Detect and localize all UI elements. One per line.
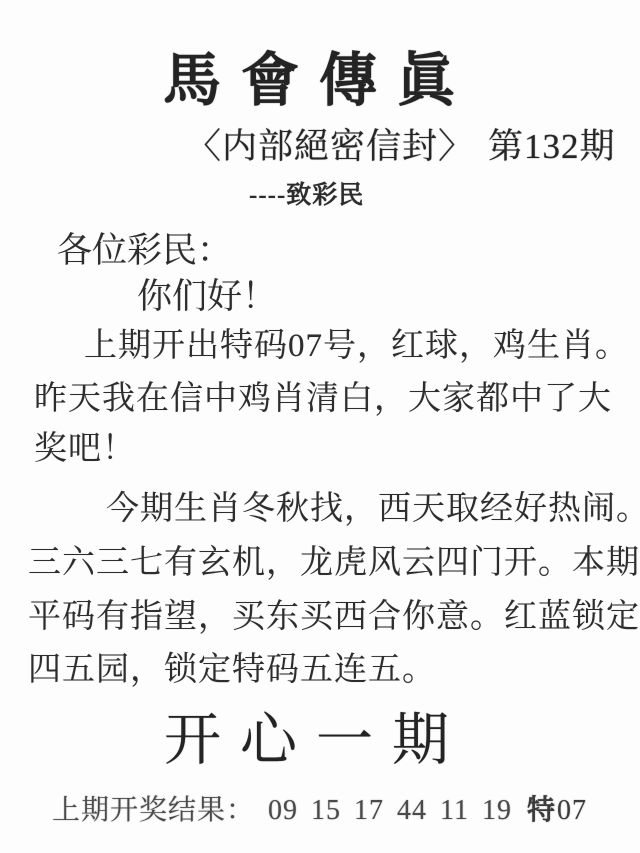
result-number-2: 15 bbox=[311, 795, 341, 826]
paragraph2-line-1: 今期生肖冬秋找，西天取经好热闹。 bbox=[106, 493, 640, 526]
result-number-1: 09 bbox=[268, 795, 298, 826]
paragraph1-line-3: 奖吧！ bbox=[34, 433, 136, 466]
results-label: 上期开奖结果： bbox=[52, 795, 255, 826]
fax-title: 馬會傳眞 bbox=[163, 52, 475, 110]
special-number: 07 bbox=[557, 795, 587, 826]
closing-slogan: 开心一期 bbox=[164, 712, 468, 769]
dedication-line: ----致彩民 bbox=[249, 183, 364, 208]
paragraph2-line-2: 三六三七有玄机，龙虎风云四门开。本期 bbox=[28, 547, 640, 580]
result-number-6: 19 bbox=[482, 795, 512, 826]
fax-subtitle: 〈内部絕密信封〉第132期 bbox=[186, 129, 616, 164]
fax-sheet: 馬會傳眞 〈内部絕密信封〉第132期 ----致彩民 各位彩民： 你们好！ 上期… bbox=[0, 0, 640, 853]
result-number-4: 44 bbox=[397, 795, 427, 826]
special-number-label: 特 bbox=[527, 795, 556, 826]
paragraph2-line-4: 四五园，锁定特码五连五。 bbox=[28, 654, 436, 687]
greeting: 你们好！ bbox=[137, 279, 277, 314]
paragraph1-line-1: 上期开出特码07号，红球，鸡生肖。 bbox=[84, 330, 629, 363]
previous-results-line: 上期开奖结果：091517441119特07 bbox=[52, 797, 587, 825]
issue-number: 第132期 bbox=[488, 127, 616, 166]
paragraph2-line-3: 平码有指望，买东买西合你意。红蓝锁定 bbox=[28, 601, 640, 634]
result-number-3: 17 bbox=[354, 795, 384, 826]
result-number-5: 11 bbox=[440, 795, 469, 826]
envelope-label: 〈内部絕密信封〉 bbox=[186, 127, 474, 166]
paragraph1-line-2: 昨天我在信中鸡肖清白，大家都中了大 bbox=[34, 383, 612, 416]
salutation: 各位彩民： bbox=[57, 233, 232, 268]
